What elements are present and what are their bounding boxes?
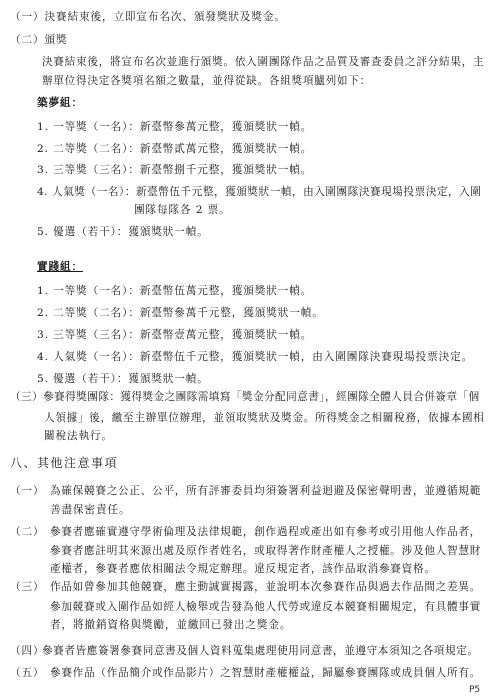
award-item: 3. 三等獎（三名）：新臺幣壹萬元整，獲頒獎狀一幀。 [37,328,312,342]
note-label: （一） [10,484,44,498]
section-2-body-line: 辦單位得決定各獎項名額之數量，並得從缺。各組獎項臚列如下： [42,74,371,88]
note-line: 者，將撤銷資格與獎勵，並繳回已發出之獎金。 [50,618,291,632]
award-item: 5. 優選（若干）：獲頒獎狀一幀。 [37,225,209,239]
section-1: （一）決賽結束後，立即宣布名次、頒發獎狀及獎金。 [10,10,286,24]
note-label: （二） [10,525,44,539]
group-practice-title: 實踐組： [37,260,83,274]
award-item: 2. 二等獎（二名）：新臺幣參萬千元整，獲頒獎狀一幀。 [37,306,324,320]
section-3-line: 人領據」後，繳至主辦單位辦理，並領取獎狀及獎金。所得獎金之相關稅務，依據本國相 [44,411,484,425]
section-3-line: （三）參賽得獎團隊：獲得獎金之團隊需填寫「獎金分配同意書」，經團隊全體人員合併簽… [10,390,480,404]
note-line: 作品如曾參加其他競賽，應主動誠實揭露，並說明本次參賽作品與過去作品間之差異。 [50,580,481,594]
note-label: （四） [10,644,44,658]
award-item: 1. 一等獎（一名）：新臺幣伍萬元整，獲頒獎狀一幀。 [37,284,312,298]
section-2-heading: （二）頒獎 [10,33,67,47]
award-item: 3. 三等獎（三名）：新臺幣捌千元整，獲頒獎狀一幀。 [37,163,312,177]
award-item: 4. 人氣獎（一名）：新臺幣伍千元整，獲頒獎狀一幀，由入圍團隊決賽現場投票決定。 [37,350,473,364]
note-line: 參賽者皆應簽署參賽同意書及個人資料蒐集處理使用同意書，並遵守本須知之各項規定。 [42,644,479,658]
award-item: 1. 一等獎（一名）：新臺幣參萬元整，獲頒獎狀一幀。 [37,120,312,134]
note-line: 善盡保密責任。 [50,503,130,517]
award-item: 4. 人氣獎（一名）：新臺幣伍千元整，獲頒獎狀一幀，由入圍團隊決賽現場投票決定，… [37,185,481,199]
note-line: 參賽者應註明其來源出處及原作者姓名，或取得著作財產權人之授權。涉及他人智慧財 [50,544,481,558]
note-label: （三） [10,580,44,594]
note-line: 參加競賽或入圍作品如經人檢舉或告發為他人代勞或違反本競賽相關規定，有具體事實 [50,600,481,614]
note-line: 參賽者應確實遵守學術倫理及法律規範，創作過程或產出如有參考或引用他人作品者， [50,525,481,539]
section-3-line: 關稅法執行。 [44,429,113,443]
group-dream-title: 築夢組： [37,96,83,110]
note-line: 產權者，參賽者應依相關法令規定辦理。違反規定者，該作品取消參賽資格。 [50,562,436,576]
chapter-8-title: 八、其他注意事項 [10,456,118,470]
award-item-continuation: 團隊每隊各 2 票。 [134,203,231,217]
award-item: 2. 二等獎（二名）：新臺幣貳萬元整，獲頒獎狀一幀。 [37,142,312,156]
page-number: P5 [469,685,480,695]
note-line: 參賽作品（作品簡介或作品影片）之智慧財產權權益，歸屬參賽團隊或成員個人所有。 [50,666,481,680]
note-line: 為確保競賽之公正、公平，所有評審委員均須簽署利益迴避及保密聲明書，並遵循規範 [50,484,481,498]
section-2-body-line: 決賽結束後，將宣布名次並進行頒獎。依入圍團隊作品之品質及審查委員之評分結果，主 [42,55,484,69]
award-item: 5. 優選（若干）：獲頒獎狀一幀。 [37,372,209,386]
note-label: （五） [10,666,44,680]
